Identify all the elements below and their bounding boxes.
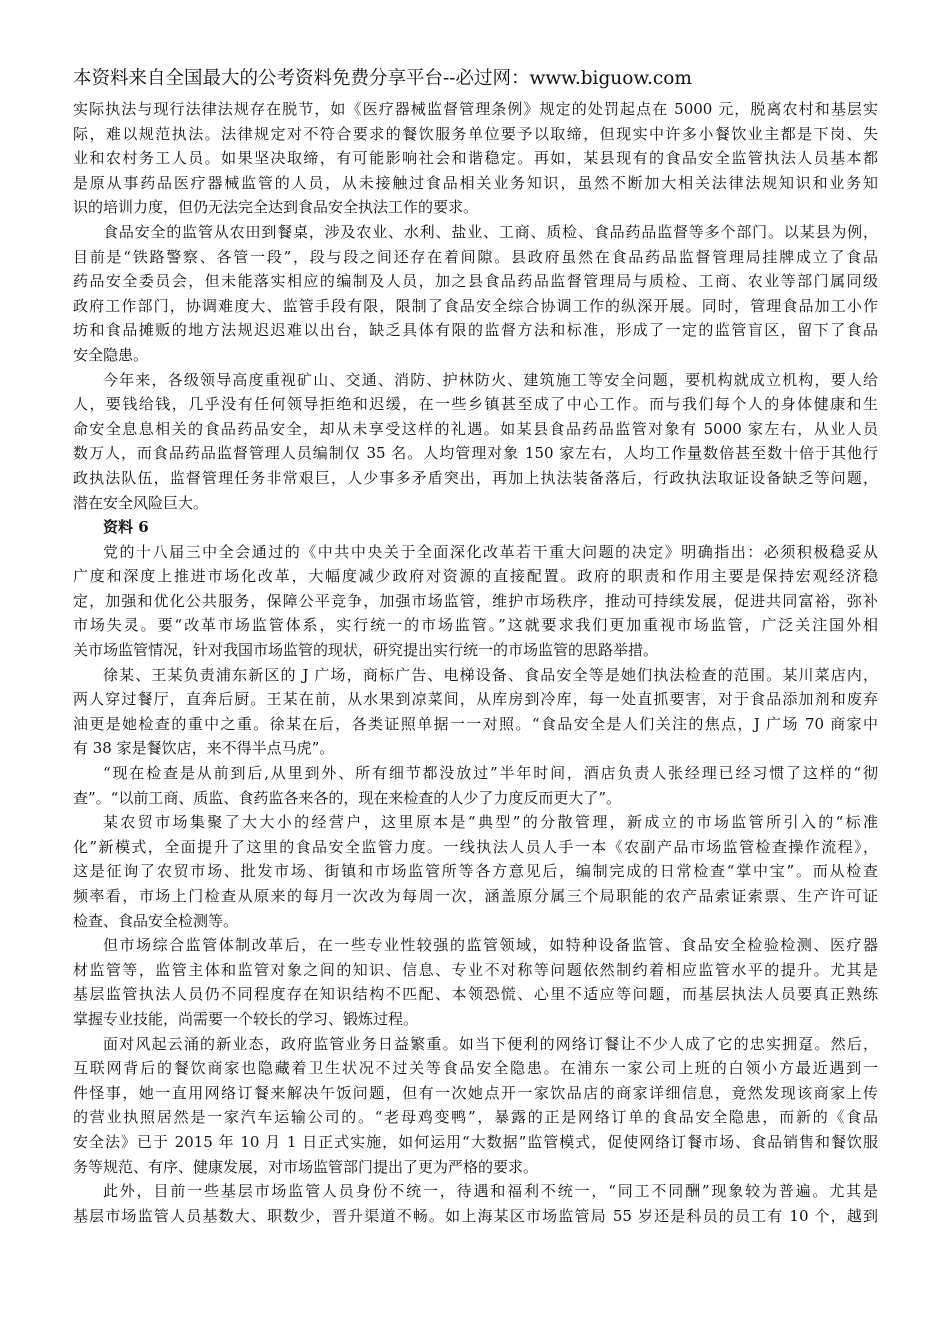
- text-line: 频率看，市场上门检查从原来的每月一次改为每周一次，涵盖原分属三个局职能的农产品索…: [73, 884, 878, 909]
- text-line: 实际执法与现行法律法规存在脱节，如《医疗器械监督管理条例》规定的处罚起点在 50…: [73, 97, 878, 122]
- text-line: 是原从事药品医疗器械监管的人员，从未接触过食品相关业务知识，虽然不断加大相关法律…: [73, 171, 878, 196]
- text-line: 材监管等，监管主体和监管对象之间的知识、信息、专业不对称等问题依然制约着相应监管…: [73, 958, 878, 983]
- paragraph: 食品安全的监管从农田到餐桌，涉及农业、水利、盐业、工商、质检、食品药品监督等多个…: [73, 220, 878, 368]
- text-line: 人，要钱给钱，几乎没有任何领导拒绝和迟缓，在一些乡镇甚至成了中心工作。而与我们每…: [73, 392, 878, 417]
- paragraph: 此外，目前一些基层市场监管人员身份不统一，待遇和福利不统一，“同工不同酬”现象较…: [73, 1179, 878, 1228]
- text-line: 基层监管执法人员仍不同程度存在知识结构不匹配、本领恐慌、心里不适应等问题，而基层…: [73, 982, 878, 1007]
- text-line: 安全隐患。: [73, 343, 878, 368]
- paragraph: 实际执法与现行法律法规存在脱节，如《医疗器械监督管理条例》规定的处罚起点在 50…: [73, 97, 878, 220]
- text-line: 目前是“铁路警察、各管一段”，段与段之间还存在着间隙。县政府虽然在食品药品监督管…: [73, 245, 878, 270]
- text-line: 市场失灵。要“改革市场监管体系，实行统一的市场监管。”这就要求我们更加重视市场监…: [73, 613, 878, 638]
- text-line: 互联网背后的餐饮商家也隐藏着卫生状况不过关等食品安全隐患。在浦东一家公司上班的白…: [73, 1056, 878, 1081]
- text-line: 某农贸市场集聚了大大小的经营户，这里原本是“典型”的分散管理，新成立的市场监管所…: [73, 810, 878, 835]
- text-line: 坊和食品摊贩的地方法规迟迟难以出台，缺乏具体有限的监督方法和标准，形成了一定的监…: [73, 318, 878, 343]
- text-line: 两人穿过餐厅，直奔后厨。王某在前，从水果到凉菜间，从库房到冷库，每一处直抓要害，…: [73, 687, 878, 712]
- text-line: 此外，目前一些基层市场监管人员身份不统一，待遇和福利不统一，“同工不同酬”现象较…: [73, 1179, 878, 1204]
- text-line: 潜在安全风险巨大。: [73, 491, 878, 516]
- text-line: 党的十八届三中全会通过的《中共中央关于全面深化改革若干重大问题的决定》明确指出：…: [73, 540, 878, 565]
- document-body: 实际执法与现行法律法规存在脱节，如《医疗器械监督管理条例》规定的处罚起点在 50…: [73, 97, 878, 1228]
- text-line: 定，加强和优化公共服务，保障公平竞争，加强市场监管，维护市场秩序，推动可持续发展…: [73, 589, 878, 614]
- text-line: “现在检查是从前到后,从里到外、所有细节都没放过”半年时间，酒店负责人张经理已经…: [73, 761, 878, 786]
- text-line: 但市场综合监管体制改革后，在一些专业性较强的监管领域，如特种设备监管、食品安全检…: [73, 933, 878, 958]
- text-line: 广度和深度上推进市场化改革，大幅度减少政府对资源的直接配置。政府的职责和作用主要…: [73, 564, 878, 589]
- text-line: 业和农村务工人员。如果坚决取缔，有可能影响社会和谐稳定。再如，某县现有的食品安全…: [73, 146, 878, 171]
- text-line: 今年来，各级领导高度重视矿山、交通、消防、护林防火、建筑施工等安全问题，要机构就…: [73, 368, 878, 393]
- paragraph: 徐某、王某负责浦东新区的 J 广场，商标广告、电梯设备、食品安全等是她们执法检查…: [73, 663, 878, 761]
- text-line: 药品安全委员会，但未能落实相应的编制及人员，加之县食品药品监督管理局与质检、工商…: [73, 269, 878, 294]
- text-line: 的营业执照居然是一家汽车运输公司的。“老母鸡变鸭”，暴露的正是网络订单的食品安全…: [73, 1105, 878, 1130]
- text-line: 政府工作部门，协调难度大、监管手段有限，限制了食品安全综合协调工作的纵深开展。同…: [73, 294, 878, 319]
- text-line: 徐某、王某负责浦东新区的 J 广场，商标广告、电梯设备、食品安全等是她们执法检查…: [73, 663, 878, 688]
- text-line: 有 38 家是餐饮店，来不得半点马虎”。: [73, 736, 878, 761]
- text-line: 化”新模式，全面提升了这里的食品安全监管力度。一线执法人员人手一本《农副产品市场…: [73, 835, 878, 860]
- source-header: 本资料来自全国最大的公考资料免费分享平台--必过网：www.biguow.com: [73, 66, 692, 92]
- text-line: 检查、食品安全检测等。: [73, 909, 878, 934]
- text-line: 政执法队伍，监督管理任务非常艰巨，人少事多矛盾突出，再加上执法装备落后，行政执法…: [73, 466, 878, 491]
- text-line: 油更是她检查的重中之重。徐某在后，各类证照单据一一对照。“食品安全是人们关注的焦…: [73, 712, 878, 737]
- text-line: 务等规范、有序、健康发展，对市场监管部门提出了更为严格的要求。: [73, 1155, 878, 1180]
- section-heading: 资料 6: [73, 515, 878, 540]
- paragraph: 但市场综合监管体制改革后，在一些专业性较强的监管领域，如特种设备监管、食品安全检…: [73, 933, 878, 1031]
- text-line: 件怪事，她一直用网络订餐来解决午饭问题，但有一次她点开一家饮品店的商家详细信息，…: [73, 1081, 878, 1106]
- text-line: 面对风起云涌的新业态，政府监管业务日益繁重。如当下便利的网络订餐让不少人成了它的…: [73, 1032, 878, 1057]
- paragraph: 某农贸市场集聚了大大小的经营户，这里原本是“典型”的分散管理，新成立的市场监管所…: [73, 810, 878, 933]
- text-line: 识的培训力度，但仍无法完全达到食品安全执法工作的要求。: [73, 195, 878, 220]
- paragraph: 今年来，各级领导高度重视矿山、交通、消防、护林防火、建筑施工等安全问题，要机构就…: [73, 368, 878, 516]
- text-line: 这是征询了农贸市场、批发市场、街镇和市场监管所等各方意见后，编制完成的日常检查“…: [73, 859, 878, 884]
- text-line: 掌握专业技能，尚需要一个较长的学习、锻炼过程。: [73, 1007, 878, 1032]
- text-line: 查”。“以前工商、质监、食药监各来各的，现在来检查的人少了力度反而更大了”。: [73, 786, 878, 811]
- text-line: 食品安全的监管从农田到餐桌，涉及农业、水利、盐业、工商、质检、食品药品监督等多个…: [73, 220, 878, 245]
- text-line: 基层市场监管人员基数大、职数少，晋升渠道不畅。如上海某区市场监管局 55 岁还是…: [73, 1204, 878, 1229]
- document-page: 本资料来自全国最大的公考资料免费分享平台--必过网：www.biguow.com…: [0, 0, 950, 1344]
- text-line: 资料 6: [73, 515, 878, 540]
- text-line: 命安全息息相关的食品药品安全，却从未享受这样的礼遇。如某县食品药品监管对象有 5…: [73, 417, 878, 442]
- text-line: 安全法》已于 2015 年 10 月 1 日正式实施，如何运用“大数据”监管模式…: [73, 1130, 878, 1155]
- paragraph: 面对风起云涌的新业态，政府监管业务日益繁重。如当下便利的网络订餐让不少人成了它的…: [73, 1032, 878, 1180]
- text-line: 际，难以规范执法。法律规定对不符合要求的餐饮服务单位要予以取缔，但现实中许多小餐…: [73, 122, 878, 147]
- text-line: 关市场监管情况，针对我国市场监管的现状，研究提出实行统一的市场监管的思路举措。: [73, 638, 878, 663]
- paragraph: “现在检查是从前到后,从里到外、所有细节都没放过”半年时间，酒店负责人张经理已经…: [73, 761, 878, 810]
- text-line: 数万人，而食品药品监督管理人员编制仅 35 名。人均管理对象 150 家左右，人…: [73, 441, 878, 466]
- paragraph: 党的十八届三中全会通过的《中共中央关于全面深化改革若干重大问题的决定》明确指出：…: [73, 540, 878, 663]
